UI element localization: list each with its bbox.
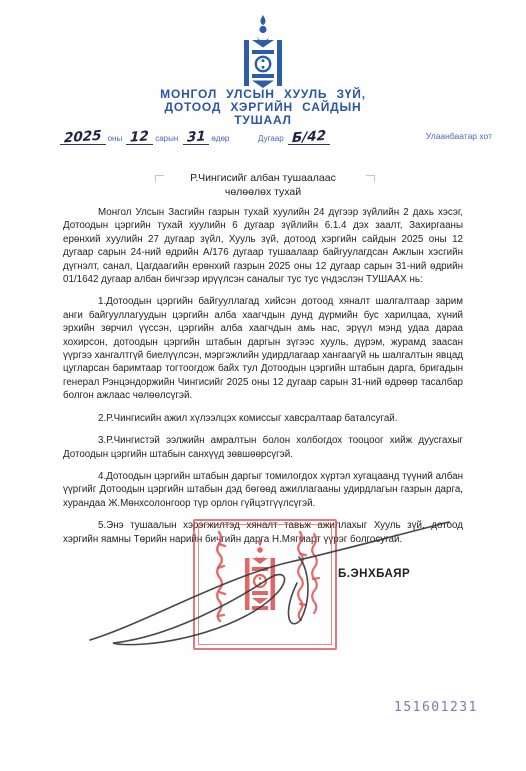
- signatory-name: Б.ЭНХБАЯР: [338, 568, 410, 580]
- soyombo-emblem-icon: [0, 14, 526, 93]
- document-title-line-1: Р.Чингисийг албан тушаалаас: [0, 171, 526, 185]
- serial-number-stamp: 151601231: [394, 700, 478, 715]
- preamble-paragraph: Монгол Улсын Засгийн газрын тухай хуулий…: [63, 206, 463, 286]
- handwritten-number: Б/42: [288, 131, 330, 145]
- document-page: МОНГОЛ УЛСЫН ХУУЛЬ ЗҮЙ, ДОТООД ХЭРГИЙН С…: [0, 0, 526, 771]
- number-label: Дугаар: [258, 134, 284, 143]
- order-item-1: 1.Дотоодын цэргийн байгууллагад хийсэн д…: [63, 295, 463, 402]
- header-line-1: МОНГОЛ УЛСЫН ХУУЛЬ ЗҮЙ,: [0, 88, 526, 100]
- ministry-header: МОНГОЛ УЛСЫН ХУУЛЬ ЗҮЙ, ДОТООД ХЭРГИЙН С…: [0, 88, 526, 127]
- document-number-group: Дугаар Б/42: [256, 131, 330, 145]
- document-title-line-2: чөлөөлөх тухай: [0, 185, 526, 199]
- seal-script-right: [298, 532, 319, 620]
- handwritten-day: 31: [183, 131, 210, 145]
- day-label: өдөр: [211, 134, 229, 143]
- header-line-3: ТУШААЛ: [0, 114, 526, 126]
- date-number-line: 2025оны 12сарын 31өдөр Дугаар Б/42 Улаан…: [0, 127, 526, 153]
- handwritten-month: 12: [126, 131, 153, 145]
- seal-script-left: [217, 532, 225, 621]
- order-item-2: 2.Р.Чингисийн ажил хүлээлцэх комиссыг ха…: [63, 412, 463, 425]
- header-line-2: ДОТООД ХЭРГИЙН САЙДЫН: [0, 101, 526, 113]
- document-title: Р.Чингисийг албан тушаалаас чөлөөлөх тух…: [0, 171, 526, 199]
- seal-soyombo-icon: [245, 538, 275, 610]
- order-item-3: 3.Р.Чингистэй ээлжийн амралтын болон хол…: [63, 434, 463, 461]
- handwritten-year: 2025: [60, 131, 106, 145]
- year-label: оны: [108, 134, 123, 143]
- date-group: 2025оны 12сарын 31өдөр: [60, 131, 231, 145]
- month-label: сарын: [155, 134, 178, 143]
- city-label: Улаанбаатар хот: [426, 131, 492, 141]
- order-item-4: 4.Дотоодын цэргийн штабын даргыг томилог…: [63, 470, 463, 510]
- official-seal: [193, 519, 337, 650]
- order-body: Монгол Улсын Засгийн газрын тухай хуулий…: [63, 206, 463, 555]
